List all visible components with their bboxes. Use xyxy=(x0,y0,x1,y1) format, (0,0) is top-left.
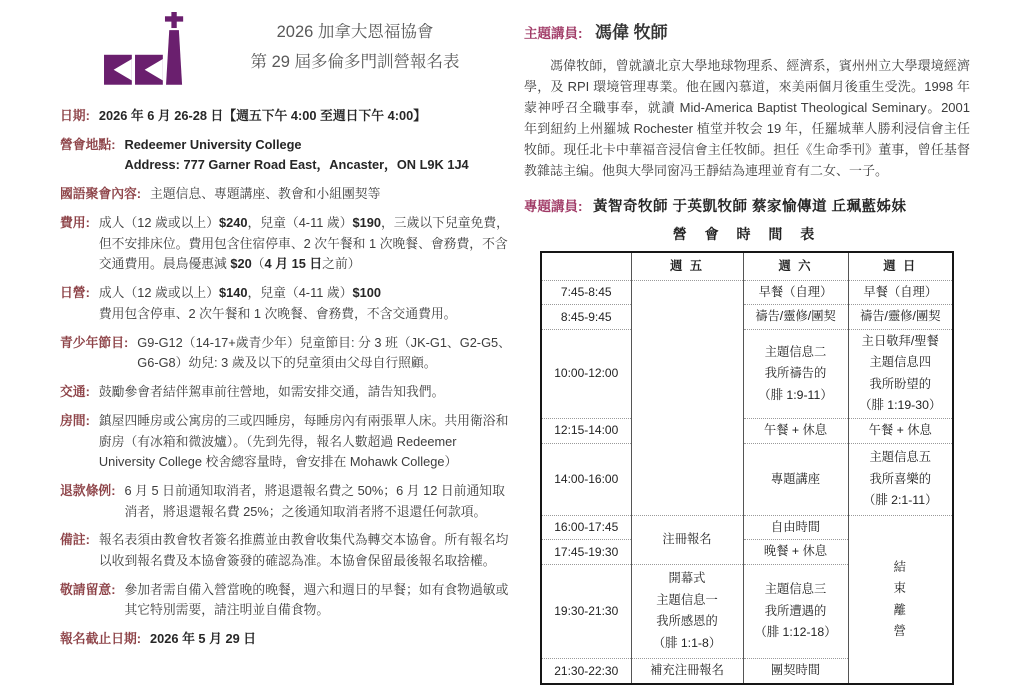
saturday-cell: 主題信息三 我所遭遇的 （腓 1:12-18） xyxy=(743,564,848,658)
field-label: 國語聚會內容: xyxy=(60,184,141,204)
field-value: 主題信息、專題講座、教會和小組團契等 xyxy=(150,184,512,204)
form-titles: 2026 加拿大恩福協會 第 29 屆多倫多門訓營報名表 xyxy=(198,10,512,77)
field-value: 成人（12 歲或以上）$140，兒童（4-11 歲）$100 費用包含停車、2 … xyxy=(99,283,512,324)
field-label: 報名截止日期: xyxy=(60,629,141,649)
field-value: 6 月 5 日前通知取消者，將退還報名費之 50%；6 月 12 日前通知取消者… xyxy=(124,481,512,522)
schedule-row: 10:00-12:00 主題信息二 我所禱告的 （腓 1:9-11） 主日敬拜/… xyxy=(541,329,953,418)
field-label: 交通: xyxy=(60,382,90,402)
saturday-cell: 早餐（自理） xyxy=(743,280,848,305)
time-cell: 7:45-8:45 xyxy=(541,280,631,305)
saturday-cell: 禱告/靈修/團契 xyxy=(743,305,848,330)
field-label: 敬請留意: xyxy=(60,580,115,621)
col-friday: 週 五 xyxy=(631,252,743,280)
field-value: G9-G12（14-17+歲青少年）兒童節目: 分 3 班（JK-G1、G2-G… xyxy=(137,333,512,374)
field-label: 費用: xyxy=(60,213,90,274)
saturday-cell: 主題信息二 我所禱告的 （腓 1:9-11） xyxy=(743,329,848,418)
field-value: 報名表須由教會牧者簽名推薦並由教會收集代為轉交本協會。所有報名均以收到報名費及本… xyxy=(99,530,512,571)
time-cell: 14:00-16:00 xyxy=(541,443,631,515)
field-label: 備註: xyxy=(60,530,90,571)
form-title: 第 29 屆多倫多門訓營報名表 xyxy=(198,48,512,78)
field-label: 退款條例: xyxy=(60,481,115,522)
time-cell: 12:15-14:00 xyxy=(541,418,631,443)
saturday-cell: 團契時間 xyxy=(743,658,848,684)
schedule-title: 營 會 時 間 表 xyxy=(524,224,970,244)
friday-registration-cell: 注冊報名 xyxy=(631,515,743,564)
field-transportation: 交通: 鼓勵參會者結伴駕車前往營地，如需安排交通，請告知我們。 xyxy=(60,382,512,402)
workshop-speakers-label: 專題講員: xyxy=(524,199,583,214)
saturday-cell: 午餐 + 休息 xyxy=(743,418,848,443)
friday-opening-cell: 開幕式 主題信息一 我所感恩的 （腓 1:1-8） xyxy=(631,564,743,658)
field-location: 營會地點: Redeemer University College Addres… xyxy=(60,135,512,176)
form-header: 2026 加拿大恩福協會 第 29 屆多倫多門訓營報名表 xyxy=(60,10,512,94)
field-label: 日營: xyxy=(60,283,90,324)
field-value: 2026 年 5 月 29 日 xyxy=(150,629,512,649)
field-reminder: 敬請留意: 參加者需自備入營當晚的晚餐，週六和週日的早餐；如有食物過敏或其它特別… xyxy=(60,580,512,621)
field-value: Redeemer University College Address: 777… xyxy=(124,135,512,176)
sunday-cell: 午餐 + 休息 xyxy=(848,418,953,443)
schedule-row: 14:00-16:00 專題講座 主題信息五 我所喜樂的 （腓 2:1-11） xyxy=(541,443,953,515)
org-title: 2026 加拿大恩福協會 xyxy=(198,18,512,48)
field-refund-policy: 退款條例: 6 月 5 日前通知取消者，將退還報名費之 50%；6 月 12 日… xyxy=(60,481,512,522)
sunday-cell: 早餐（自理） xyxy=(848,280,953,305)
field-fees: 費用: 成人（12 歲或以上）$240，兒童（4-11 歲）$190，三歲以下兒… xyxy=(60,213,512,274)
friday-daytime-empty-cell xyxy=(631,280,743,515)
field-program-content: 國語聚會內容: 主題信息、專題講座、教會和小組團契等 xyxy=(60,184,512,204)
keynote-speaker-line: 主題講員: 馮偉 牧師 xyxy=(524,18,970,43)
schedule-row: 16:00-17:45 注冊報名 自由時間 結 束 離 營 xyxy=(541,515,953,540)
schedule-row: 8:45-9:45 禱告/靈修/團契 禱告/靈修/團契 xyxy=(541,305,953,330)
field-label: 青少年節目: xyxy=(60,333,128,374)
schedule-row: 7:45-8:45 早餐（自理） 早餐（自理） xyxy=(541,280,953,305)
field-day-camp: 日營: 成人（12 歲或以上）$140，兒童（4-11 歲）$100 費用包含停… xyxy=(60,283,512,324)
field-rooms: 房間: 鎮屋四睡房或公寓房的三或四睡房，每睡房內有兩張單人床。共用衛浴和廚房（有… xyxy=(60,411,512,472)
left-column: 2026 加拿大恩福協會 第 29 屆多倫多門訓營報名表 日期: 2026 年 … xyxy=(60,10,512,688)
time-cell: 21:30-22:30 xyxy=(541,658,631,684)
saturday-cell: 自由時間 xyxy=(743,515,848,540)
time-cell: 17:45-19:30 xyxy=(541,540,631,565)
time-cell: 19:30-21:30 xyxy=(541,564,631,658)
field-notes: 備註: 報名表須由教會牧者簽名推薦並由教會收集代為轉交本協會。所有報名均以收到報… xyxy=(60,530,512,571)
cci-logo xyxy=(104,10,198,94)
speaker-bio: 馮偉牧師，曾就讀北京大學地球物理系、經濟系，賓州州立大學環境經濟學，及 RPI … xyxy=(524,55,970,181)
keynote-speaker-label: 主題講員: xyxy=(524,26,583,41)
time-cell: 10:00-12:00 xyxy=(541,329,631,418)
field-value: 鼓勵參會者結伴駕車前往營地，如需安排交通，請告知我們。 xyxy=(99,382,512,402)
sunday-cell: 禱告/靈修/團契 xyxy=(848,305,953,330)
workshop-speakers-names: 黃智奇牧師 于英凱牧師 蔡家愉傳道 丘珮藍姊妹 xyxy=(593,199,907,215)
registration-form-page: 2026 加拿大恩福協會 第 29 屆多倫多門訓營報名表 日期: 2026 年 … xyxy=(0,0,1024,688)
field-youth-program: 青少年節目: G9-G12（14-17+歲青少年）兒童節目: 分 3 班（JK-… xyxy=(60,333,512,374)
field-label: 房間: xyxy=(60,411,90,472)
field-value: 參加者需自備入營當晚的晚餐，週六和週日的早餐；如有食物過敏或其它特別需要，請注明… xyxy=(124,580,512,621)
schedule-table: 週 五 週 六 週 日 7:45-8:45 早餐（自理） 早餐（自理） 8:45… xyxy=(540,251,954,685)
col-saturday: 週 六 xyxy=(743,252,848,280)
schedule-row: 12:15-14:00 午餐 + 休息 午餐 + 休息 xyxy=(541,418,953,443)
cross-tower-logo-icon xyxy=(104,12,196,89)
saturday-cell: 晚餐 + 休息 xyxy=(743,540,848,565)
sunday-cell: 主日敬拜/聖餐 主題信息四 我所盼望的 （腓 1:19-30） xyxy=(848,329,953,418)
schedule-header-row: 週 五 週 六 週 日 xyxy=(541,252,953,280)
right-column: 主題講員: 馮偉 牧師 馮偉牧師，曾就讀北京大學地球物理系、經濟系，賓州州立大學… xyxy=(524,10,970,688)
field-label: 營會地點: xyxy=(60,135,115,176)
keynote-speaker-name: 馮偉 牧師 xyxy=(595,23,668,42)
sunday-cell: 主題信息五 我所喜樂的 （腓 2:1-11） xyxy=(848,443,953,515)
sunday-departure-cell: 結 束 離 營 xyxy=(848,515,953,684)
field-deadline: 報名截止日期: 2026 年 5 月 29 日 xyxy=(60,629,512,649)
field-label: 日期: xyxy=(60,106,90,126)
time-cell: 8:45-9:45 xyxy=(541,305,631,330)
friday-late-registration-cell: 補充注冊報名 xyxy=(631,658,743,684)
saturday-cell: 專題講座 xyxy=(743,443,848,515)
corner-cell xyxy=(541,252,631,280)
field-value: 鎮屋四睡房或公寓房的三或四睡房，每睡房內有兩張單人床。共用衛浴和廚房（有冰箱和微… xyxy=(99,411,512,472)
field-value: 成人（12 歲或以上）$240，兒童（4-11 歲）$190，三歲以下兒童免費，… xyxy=(99,213,512,274)
field-value: 2026 年 6 月 26-28 日【週五下午 4:00 至週日下午 4:00】 xyxy=(99,106,512,126)
time-cell: 16:00-17:45 xyxy=(541,515,631,540)
workshop-speakers-line: 專題講員: 黃智奇牧師 于英凱牧師 蔡家愉傳道 丘珮藍姊妹 xyxy=(524,195,970,216)
col-sunday: 週 日 xyxy=(848,252,953,280)
field-date: 日期: 2026 年 6 月 26-28 日【週五下午 4:00 至週日下午 4… xyxy=(60,106,512,126)
